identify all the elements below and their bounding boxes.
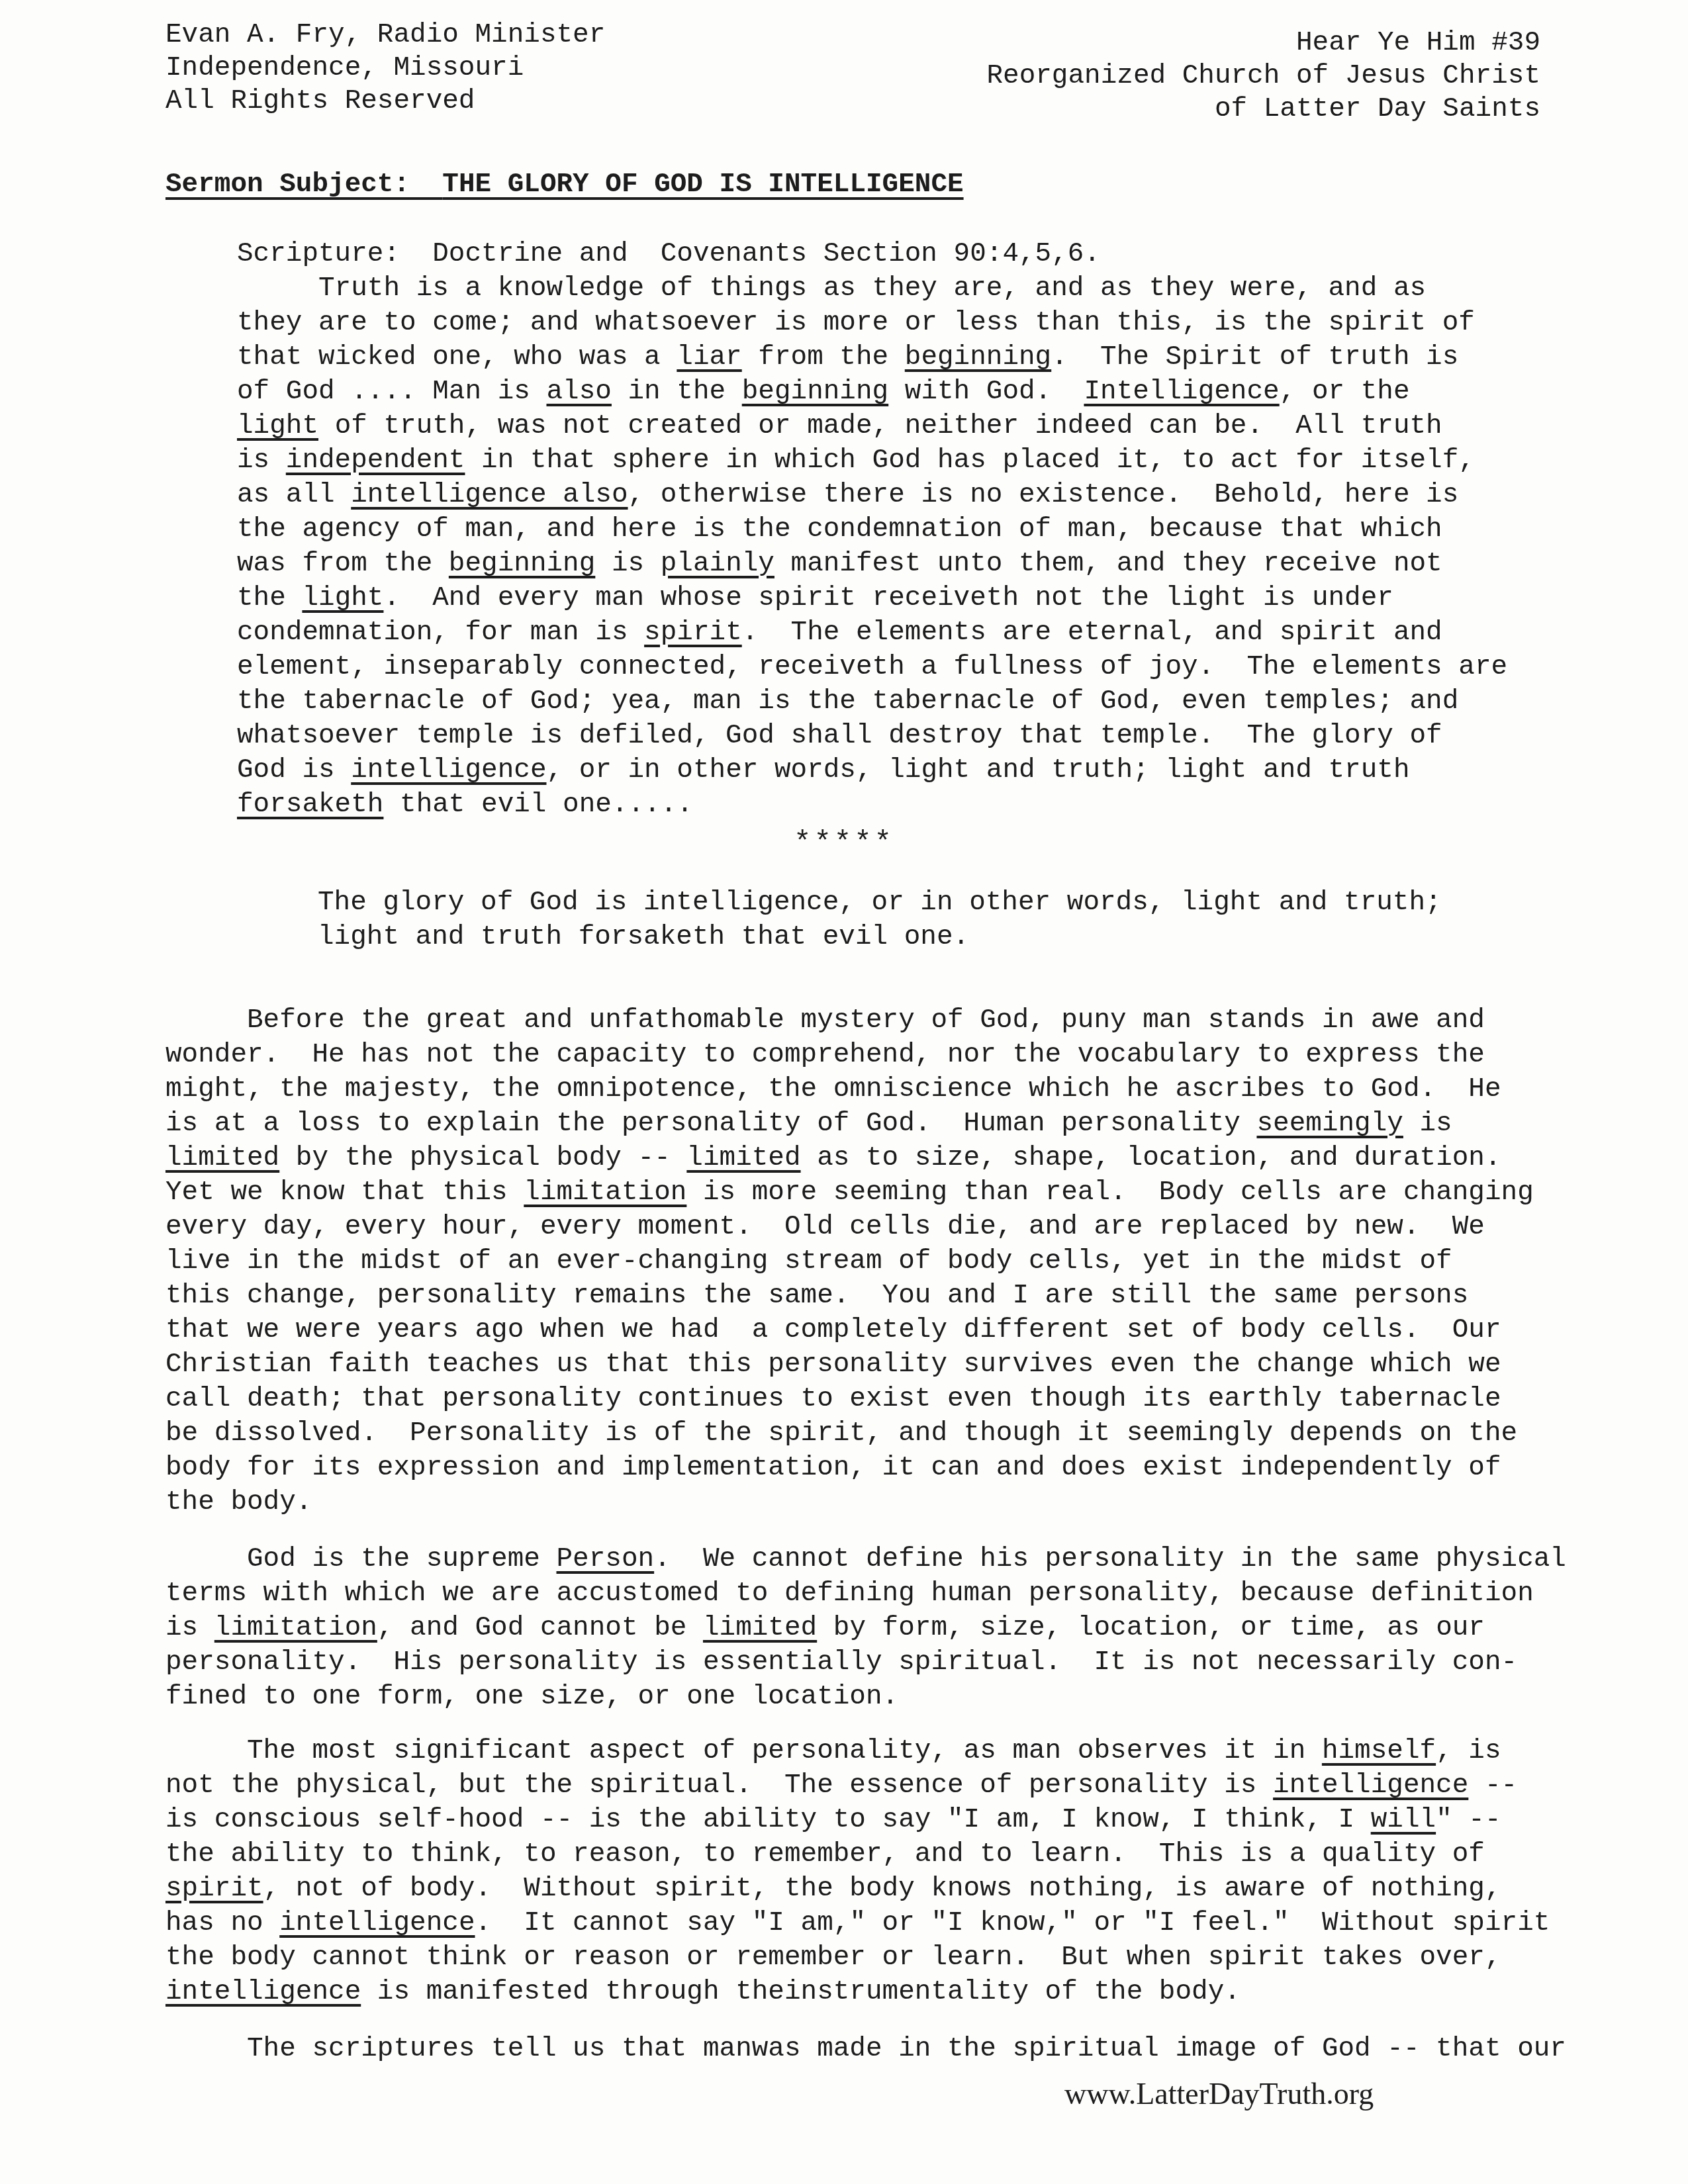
- header-author-block: Evan A. Fry, Radio MinisterIndependence,…: [165, 19, 605, 118]
- text-line: limited by the physical body -- limited …: [165, 1141, 1534, 1175]
- text-line: the tabernacle of God; yea, man is the t…: [237, 684, 1507, 719]
- text-line: has no intelligence. It cannot say "I am…: [165, 1906, 1550, 1940]
- text-line: terms with which we are accustomed to de…: [165, 1576, 1566, 1611]
- theme-quote-block: The glory of God is intelligence, or in …: [318, 886, 1442, 954]
- text-line: The glory of God is intelligence, or in …: [318, 886, 1442, 920]
- text-line: the agency of man, and here is the conde…: [237, 512, 1507, 547]
- text-line: spirit, not of body. Without spirit, the…: [165, 1872, 1550, 1906]
- text-line: light of truth, was not created or made,…: [237, 409, 1507, 443]
- text-line: every day, every hour, every moment. Old…: [165, 1210, 1534, 1244]
- text-line: whatsoever temple is defiled, God shall …: [237, 719, 1507, 753]
- body-paragraph-1: Before the great and unfathomable myster…: [165, 1003, 1534, 1520]
- text-line: All Rights Reserved: [165, 85, 605, 118]
- text-line: forsaketh that evil one.....: [237, 788, 1507, 822]
- text-line: The most significant aspect of personali…: [165, 1734, 1550, 1768]
- sermon-subject-title: THE GLORY OF GOD IS INTELLIGENCE: [442, 169, 963, 200]
- text-line: Evan A. Fry, Radio Minister: [165, 19, 605, 52]
- text-line: intelligence is manifested through thein…: [165, 1975, 1550, 2009]
- text-line: element, inseparably connected, receivet…: [237, 650, 1507, 684]
- text-line: personality. His personality is essentia…: [165, 1645, 1566, 1680]
- text-line: God is the supreme Person. We cannot def…: [165, 1542, 1566, 1576]
- text-line: Independence, Missouri: [165, 52, 605, 85]
- text-line: be dissolved. Personality is of the spir…: [165, 1416, 1534, 1451]
- text-line: might, the majesty, the omnipotence, the…: [165, 1072, 1534, 1107]
- text-line: live in the midst of an ever-changing st…: [165, 1244, 1534, 1279]
- text-line: is conscious self-hood -- is the ability…: [165, 1803, 1550, 1837]
- text-line: they are to come; and whatsoever is more…: [237, 306, 1507, 340]
- text-line: is at a loss to explain the personality …: [165, 1107, 1534, 1141]
- text-line: of Latter Day Saints: [986, 93, 1540, 126]
- text-line: wonder. He has not the capacity to compr…: [165, 1038, 1534, 1072]
- text-line: as all intelligence also, otherwise ther…: [237, 478, 1507, 512]
- body-paragraph-2: God is the supreme Person. We cannot def…: [165, 1542, 1566, 1714]
- text-line: Truth is a knowledge of things as they a…: [237, 271, 1507, 306]
- text-line: was from the beginning is plainly manife…: [237, 547, 1507, 581]
- text-line: this change, personality remains the sam…: [165, 1279, 1534, 1313]
- header-series-block: Hear Ye Him #39Reorganized Church of Jes…: [986, 26, 1540, 126]
- text-line: is independent in that sphere in which G…: [237, 443, 1507, 478]
- text-line: Scripture: Doctrine and Covenants Sectio…: [237, 237, 1507, 271]
- text-line: not the physical, but the spiritual. The…: [165, 1768, 1550, 1803]
- text-line: light and truth forsaketh that evil one.: [318, 920, 1442, 954]
- text-line: Christian faith teaches us that this per…: [165, 1347, 1534, 1382]
- text-line: that wicked one, who was a liar from the…: [237, 340, 1507, 375]
- watermark-url: www.LatterDayTruth.org: [1064, 2078, 1374, 2110]
- sermon-subject-line: Sermon Subject: THE GLORY OF GOD IS INTE…: [165, 167, 964, 202]
- body-paragraph-4: The scriptures tell us that manwas made …: [165, 2032, 1566, 2066]
- text-line: body for its expression and implementati…: [165, 1451, 1534, 1485]
- text-line: call death; that personality continues t…: [165, 1382, 1534, 1416]
- scripture-block: Scripture: Doctrine and Covenants Sectio…: [237, 237, 1507, 822]
- text-line: Before the great and unfathomable myster…: [165, 1003, 1534, 1038]
- text-line: God is intelligence, or in other words, …: [237, 753, 1507, 788]
- text-line: Hear Ye Him #39: [986, 26, 1540, 60]
- text-line: fined to one form, one size, or one loca…: [165, 1680, 1566, 1714]
- text-line: that we were years ago when we had a com…: [165, 1313, 1534, 1347]
- asterisk-separator: *****: [0, 826, 1688, 860]
- body-paragraph-3: The most significant aspect of personali…: [165, 1734, 1550, 2009]
- text-line: the ability to think, to reason, to reme…: [165, 1837, 1550, 1872]
- text-line: of God .... Man is also in the beginning…: [237, 375, 1507, 409]
- text-line: Yet we know that this limitation is more…: [165, 1175, 1534, 1210]
- text-line: the body cannot think or reason or remem…: [165, 1940, 1550, 1975]
- text-line: Reorganized Church of Jesus Christ: [986, 60, 1540, 93]
- text-line: is limitation, and God cannot be limited…: [165, 1611, 1566, 1645]
- text-line: The scriptures tell us that manwas made …: [165, 2032, 1566, 2066]
- sermon-subject-label: Sermon Subject:: [165, 169, 442, 200]
- text-line: condemnation, for man is spirit. The ele…: [237, 615, 1507, 650]
- text-line: the body.: [165, 1485, 1534, 1520]
- scanned-sermon-page: Evan A. Fry, Radio MinisterIndependence,…: [0, 0, 1688, 2184]
- text-line: the light. And every man whose spirit re…: [237, 581, 1507, 615]
